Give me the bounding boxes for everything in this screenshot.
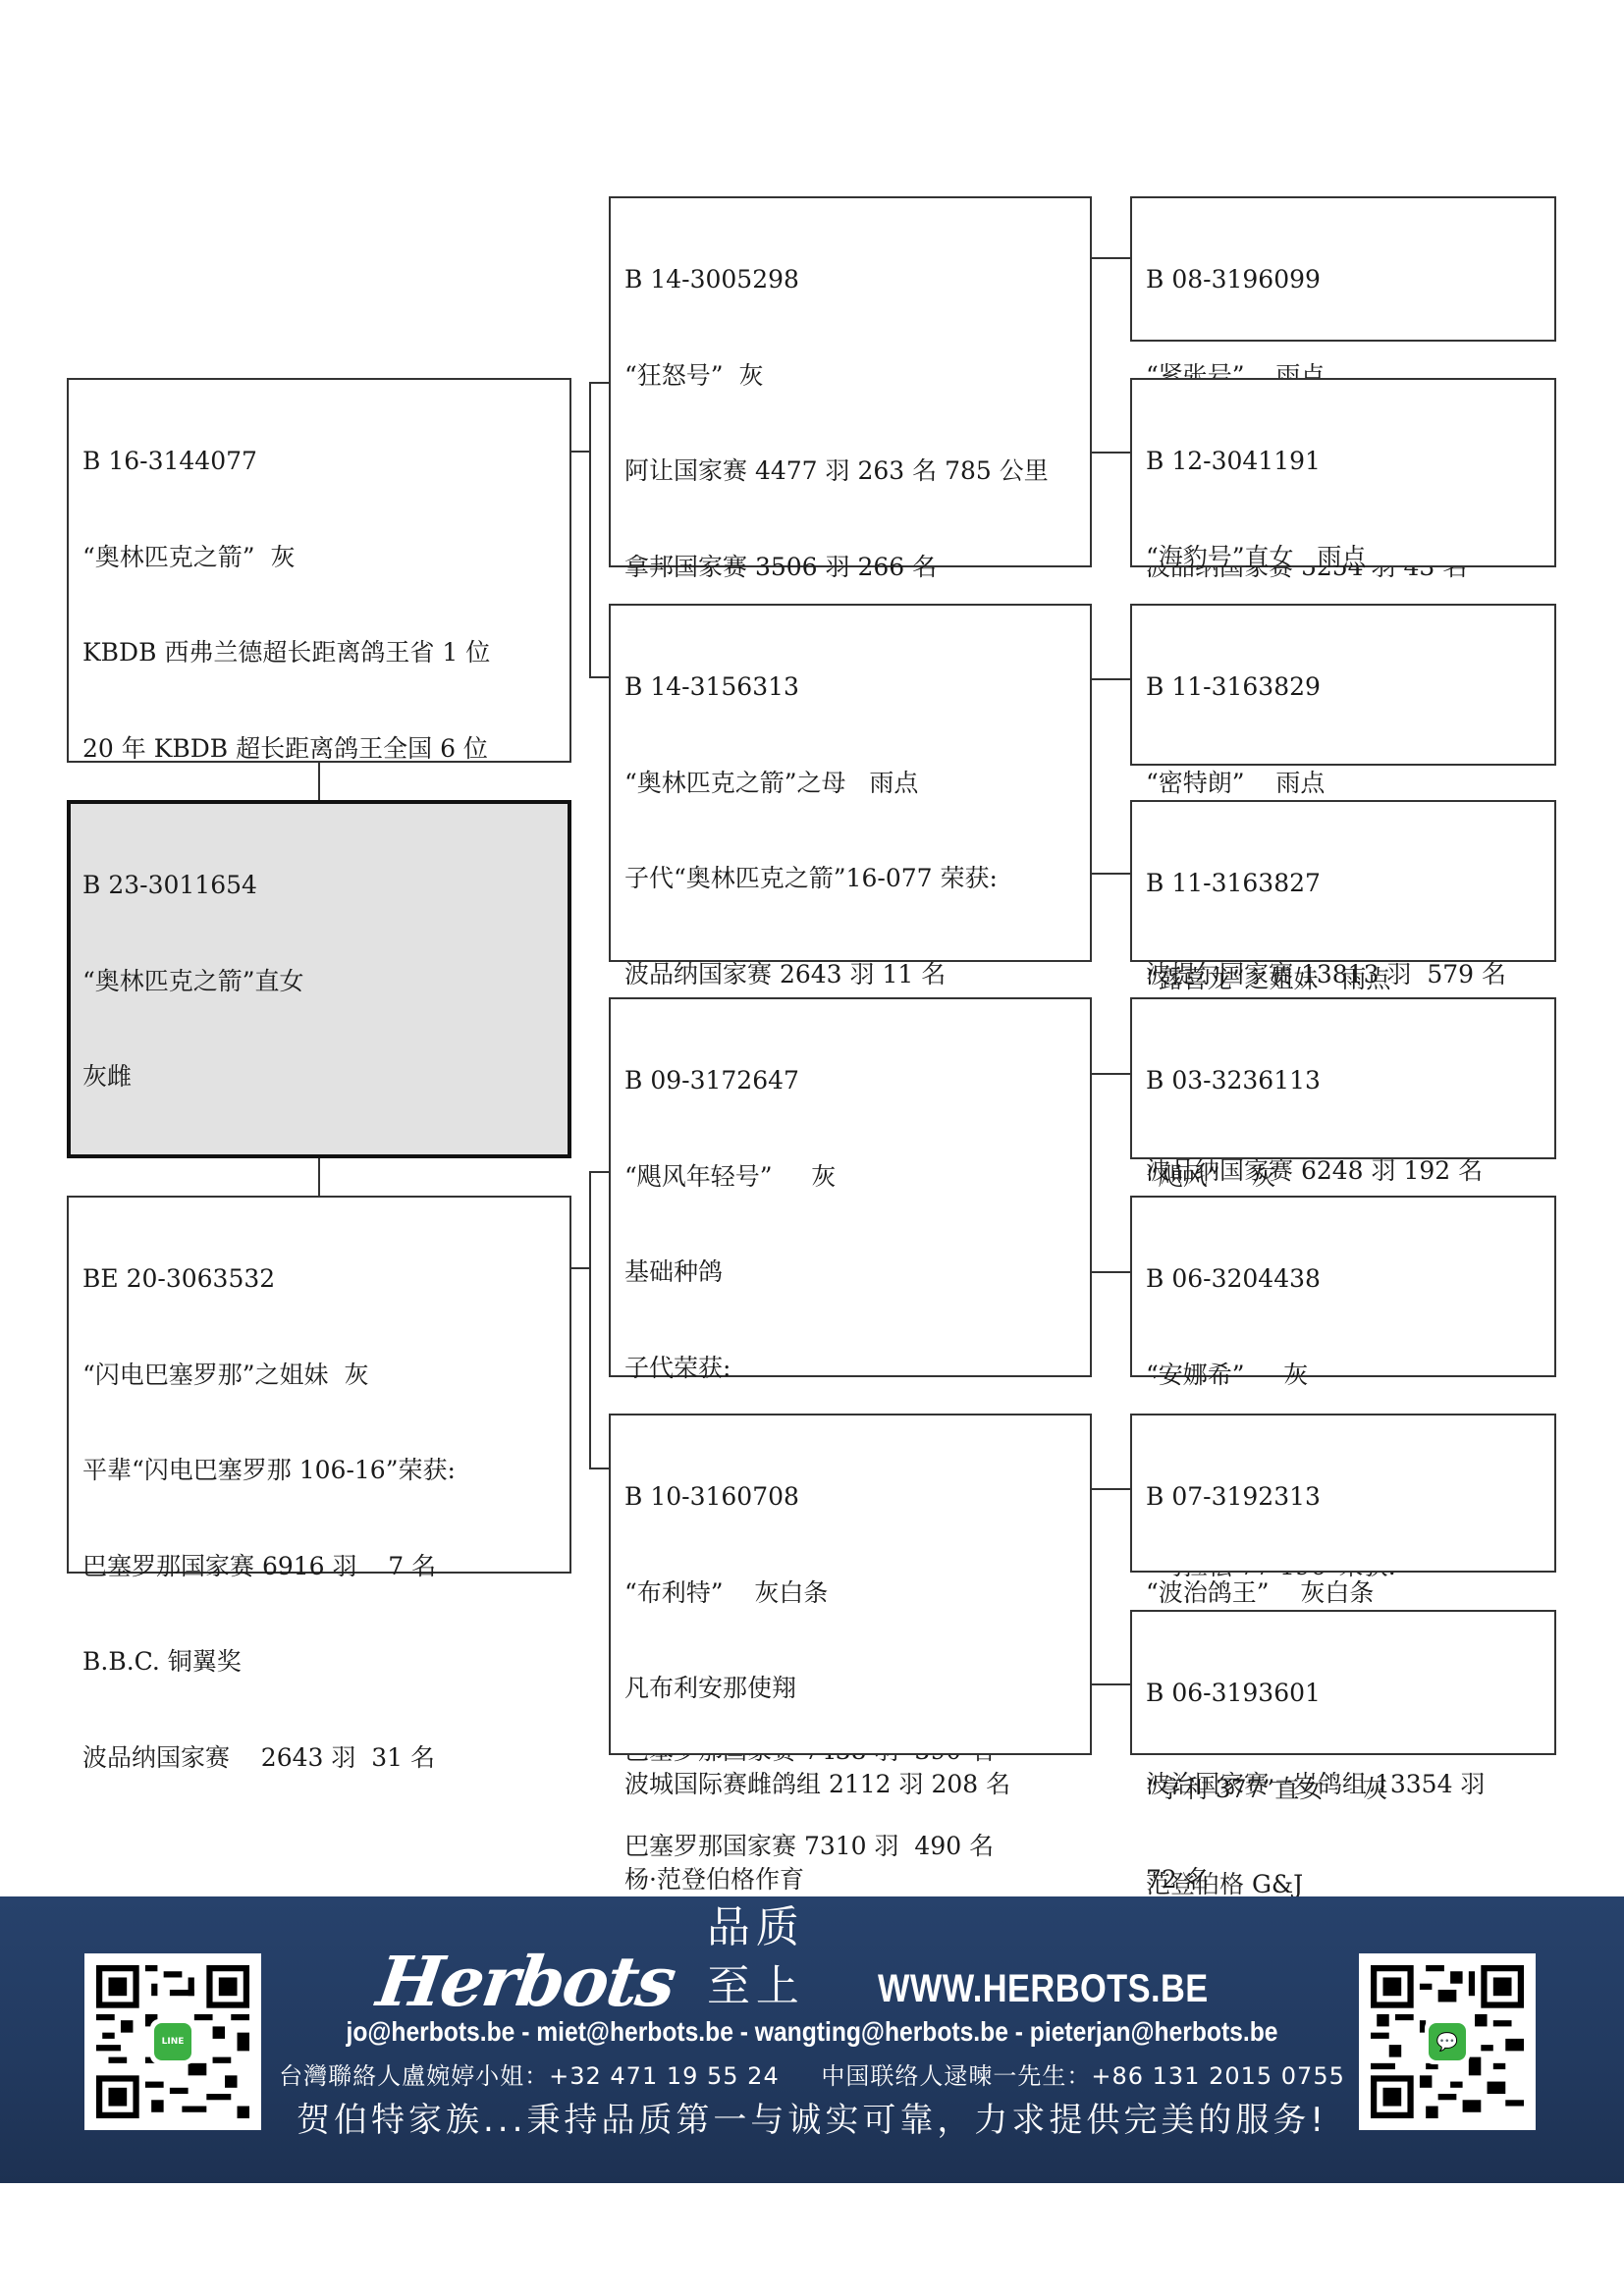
pigeon-name: “飓风” 灰 xyxy=(1146,1161,1541,1194)
ring-number: B 07-3192313 xyxy=(1146,1481,1541,1514)
wechat-qr-code[interactable]: 💬 xyxy=(1359,1953,1536,2130)
result-line: KBDB 西弗兰德超长距离鸽王省 1 位 xyxy=(82,637,556,669)
sire-dam-card: B 14-3156313 “奥林匹克之箭”之母 雨点 子代“奥林匹克之箭”16-… xyxy=(609,604,1092,962)
ring-number: B 06-3204438 xyxy=(1146,1263,1541,1296)
result-line: 巴塞罗那国家赛 6916 羽 7 名 xyxy=(82,1551,556,1583)
dam-sire-sire-card: B 03-3236113 “飓风” 灰 圣塞巴斯蒂安国际赛 2648 羽 48 … xyxy=(1130,997,1556,1159)
pigeon-name: “布利特” 灰白条 xyxy=(624,1577,1076,1610)
connector-line xyxy=(1092,1073,1130,1075)
ring-number: B 11-3163829 xyxy=(1146,671,1541,704)
result-line: 平辈“闪电巴塞罗那 106-16”荣获: xyxy=(82,1455,556,1487)
ring-number: B 16-3144077 xyxy=(82,446,556,478)
result-line: 波城国际赛雌鸽组 2112 羽 208 名 xyxy=(624,1769,1076,1801)
connector-line xyxy=(571,451,591,453)
footer-banner: LINE Herbots 品质至上 WWW.HERBOTS.BE jo@herb… xyxy=(0,1896,1624,2183)
sire-dam-sire-card: B 11-3163829 “密特朗” 雨点 亚纳克国家赛 3276 羽 44 名… xyxy=(1130,604,1556,766)
connector-line xyxy=(589,382,609,384)
wechat-badge: 💬 xyxy=(1429,2023,1466,2060)
dam-card: BE 20-3063532 “闪电巴塞罗那”之姐妹 灰 平辈“闪电巴塞罗那 10… xyxy=(67,1196,571,1574)
contact-china: 中国联络人逯暕一先生：+86 131 2015 0755 xyxy=(821,2062,1345,2090)
result-line: B.B.C. 铜翼奖 xyxy=(82,1646,556,1679)
ring-number: B 23-3011654 xyxy=(82,870,554,902)
result-line: 凡布利安那使翔 xyxy=(624,1673,1076,1705)
pigeon-name: “奥林匹克之箭”直女 xyxy=(82,966,554,998)
ring-number: B 10-3160708 xyxy=(624,1481,1076,1514)
result-line: 20 年 KBDB 超长距离鸽王全国 6 位 xyxy=(82,733,556,766)
pigeon-name: “奥林匹克之箭” 灰 xyxy=(82,542,556,574)
result-line: 阿让国家赛 4477 羽 263 名 785 公里 xyxy=(624,455,1076,488)
pigeon-name: “安娜希” 灰 xyxy=(1146,1360,1541,1392)
ring-number: BE 20-3063532 xyxy=(82,1263,556,1296)
ring-number: B 14-3156313 xyxy=(624,671,1076,704)
contact-taiwan: 台灣聯絡人盧婉婷小姐：+32 471 19 55 24 xyxy=(279,2062,780,2090)
connector-line xyxy=(589,1468,609,1469)
connector-line xyxy=(1092,1271,1130,1273)
pigeon-color-sex: 灰雌 xyxy=(82,1061,554,1094)
pigeon-name: “飓风年轻号” 灰 xyxy=(624,1161,1076,1194)
ring-number: B 14-3005298 xyxy=(624,264,1076,296)
pigeon-name: “奥林匹克之箭”之母 雨点 xyxy=(624,768,1076,800)
brand-row: Herbots 品质至上 WWW.HERBOTS.BE xyxy=(378,1938,1262,2016)
sire-sire-dam-card: B 12-3041191 “海豹号”直女 雨点 平辈“泰罗塞”13-151 荣获… xyxy=(1130,378,1556,567)
dam-dam-card: B 10-3160708 “布利特” 灰白条 凡布利安那使翔 波城国际赛雌鸽组 … xyxy=(609,1414,1092,1755)
pigeon-name: “狂怒号” 灰 xyxy=(624,360,1076,393)
brand-slogan: 品质至上 xyxy=(707,1898,852,2016)
result-line: 杨·范登伯格作育 xyxy=(624,1864,1076,1896)
connector-line xyxy=(1092,678,1130,680)
wechat-app-icon: 💬 xyxy=(1425,2019,1470,2064)
connector-line xyxy=(1092,1488,1130,1490)
connector-line xyxy=(1092,1683,1130,1685)
ring-number: B 09-3172647 xyxy=(624,1065,1076,1097)
result-line: 波品纳国家赛 2643 羽 31 名 xyxy=(82,1742,556,1775)
result-line: 拿邦国家赛 3506 羽 266 名 xyxy=(624,552,1076,584)
website-link[interactable]: WWW.HERBOTS.BE xyxy=(878,1961,1209,2016)
connector-line xyxy=(589,382,591,678)
connector-line xyxy=(1090,678,1092,875)
connector-line xyxy=(571,1267,591,1269)
connector-line xyxy=(1092,873,1130,875)
result-line: 子代荣获: xyxy=(624,1353,1076,1385)
ring-number: B 06-3193601 xyxy=(1146,1678,1541,1710)
result-line: 子代“奥林匹克之箭”16-077 荣获: xyxy=(624,863,1076,895)
pigeon-name: “亨利 377”直女 灰 xyxy=(1146,1774,1541,1806)
connector-line xyxy=(318,1158,320,1196)
result-line: 波品纳国家赛 2643 羽 11 名 xyxy=(624,959,1076,991)
dam-sire-dam-card: B 06-3204438 “安娜希” 灰 “马拉松 77-196”回血 “马拉松… xyxy=(1130,1196,1556,1377)
pigeon-name: “海豹号”直女 雨点 xyxy=(1146,542,1541,574)
dam-sire-card: B 09-3172647 “飓风年轻号” 灰 基础种鸽 子代荣获: 巴塞罗那国家… xyxy=(609,997,1092,1377)
pigeon-name: “闪电巴塞罗那”之姐妹 灰 xyxy=(82,1360,556,1392)
connector-line xyxy=(1090,257,1092,454)
herbots-logo: Herbots xyxy=(373,1948,678,2016)
sire-card: B 16-3144077 “奥林匹克之箭” 灰 KBDB 西弗兰德超长距离鸽王省… xyxy=(67,378,571,763)
pigeon-name: “波治鸽王” 灰白条 xyxy=(1146,1577,1541,1610)
ring-number: B 11-3163827 xyxy=(1146,868,1541,900)
connector-line xyxy=(589,1171,591,1469)
connector-line xyxy=(589,676,609,678)
sire-dam-dam-card: B 11-3163827 “露喜龙”之姐妹 雨点 露喜龙 12-115 荣获: … xyxy=(1130,800,1556,962)
ring-number: B 08-3196099 xyxy=(1146,264,1541,296)
ring-number: B 12-3041191 xyxy=(1146,446,1541,478)
ring-number: B 03-3236113 xyxy=(1146,1065,1541,1097)
dam-dam-dam-card: B 06-3193601 “亨利 377”直女 灰 范登伯格 G&J xyxy=(1130,1610,1556,1755)
pigeon-name: “密特朗” 雨点 xyxy=(1146,768,1541,800)
email-list[interactable]: jo@herbots.be - miet@herbots.be - wangti… xyxy=(97,2016,1527,2048)
sire-sire-card: B 14-3005298 “狂怒号” 灰 阿让国家赛 4477 羽 263 名 … xyxy=(609,196,1092,567)
pigeon-name: “露喜龙”之姐妹 雨点 xyxy=(1146,964,1541,996)
connector-line xyxy=(589,1171,609,1173)
connector-line xyxy=(1092,452,1130,454)
dam-dam-sire-card: B 07-3192313 “波治鸽王” 灰白条 范登伯格 G&J 波治国家赛一岁… xyxy=(1130,1414,1556,1573)
subject-card: B 23-3011654 “奥林匹克之箭”直女 灰雌 xyxy=(67,800,571,1158)
result-line: 基础种鸽 xyxy=(624,1256,1076,1289)
connector-line xyxy=(1092,257,1130,259)
sire-sire-sire-card: B 08-3196099 “紧张号” 雨点 子代“波诺波”12-190 荣获: … xyxy=(1130,196,1556,342)
connector-line xyxy=(318,763,320,800)
